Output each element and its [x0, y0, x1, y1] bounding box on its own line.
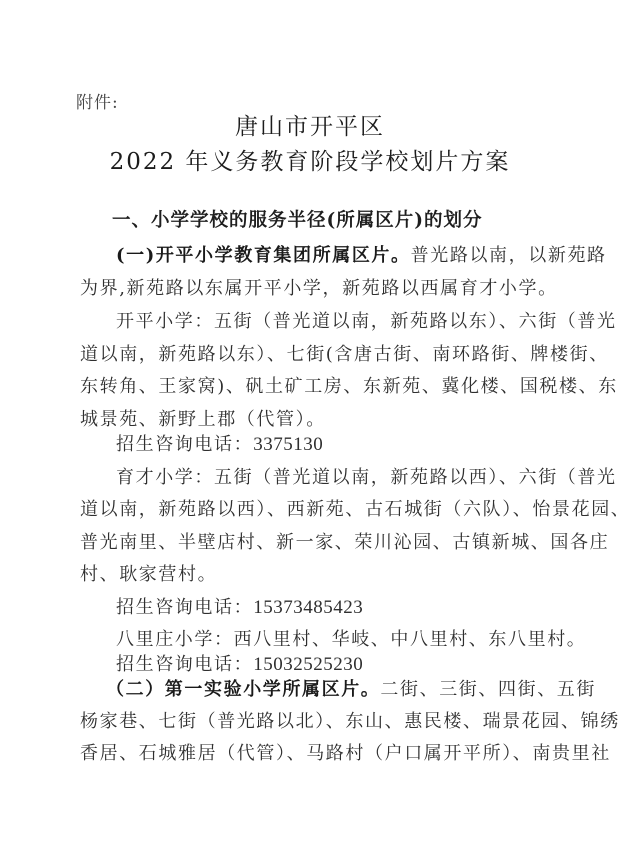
subsection-2-line-2: 杨家巷、七街（普光路以北）、东山、惠民楼、瑞景花园、锦绣 [80, 711, 550, 733]
school-yucai-line-1: 育才小学：五街（普光道以南，新苑路以西）、六街（普光 [116, 467, 550, 489]
school-yucai-line-4: 村、耿家营村。 [80, 564, 550, 586]
school-yucai-line-3: 普光南里、半壁店村、新一家、荣川沁园、古镇新城、国各庄 [80, 532, 550, 554]
school-yucai-phone: 招生咨询电话：15373485423 [116, 597, 550, 619]
phone-number: 15373485423 [253, 597, 363, 618]
subsection-1-heading: (一)开平小学教育集团所属区片。 [116, 245, 411, 266]
school-balizhuang-line-1: 八里庄小学：西八里村、华岐、中八里村、东八里村。 [116, 629, 550, 651]
phone-number: 15032525230 [253, 654, 363, 675]
school-yucai-line-2: 道以南，新苑路以西）、西新苑、古石城街（六队）、怡景花园、 [80, 499, 550, 521]
section-1-heading: 一、小学学校的服务半径(所属区片)的划分 [112, 210, 483, 232]
school-kaiping-name: 开平小学： [116, 311, 214, 332]
school-kaiping-line-2: 道以南，新苑路以东）、七街(含唐古街、南环路街、牌楼街、 [80, 344, 550, 366]
subsection-2-line-3: 香居、石城雅居（代管）、马路村（户口属开平所）、南贵里社 [80, 743, 550, 765]
subsection-1-intro-text: 普光路以南，以新苑路 [411, 245, 607, 266]
subsection-1-intro-line-2: 为界,新苑路以东属开平小学，新苑路以西属育才小学。 [80, 278, 550, 300]
school-kaiping-line-1: 开平小学：五街（普光道以南，新苑路以东）、六街（普光 [116, 311, 550, 333]
document-page: 附件: 唐山市开平区 2022 年义务教育阶段学校划片方案 一、小学学校的服务半… [0, 0, 620, 846]
school-balizhuang-name: 八里庄小学： [116, 629, 234, 650]
document-title-line-1: 唐山市开平区 [0, 112, 620, 142]
subsection-2-heading: （二）第一实验小学所属区片。 [106, 679, 380, 700]
school-balizhuang-phone: 招生咨询电话：15032525230 [116, 654, 550, 676]
phone-number: 3375130 [253, 434, 323, 455]
school-kaiping-phone: 招生咨询电话：3375130 [116, 434, 550, 456]
school-kaiping-line-4: 城景苑、新野上郡（代管）。 [80, 409, 550, 431]
document-title-line-2: 2022 年义务教育阶段学校划片方案 [0, 147, 620, 177]
school-yucai-name: 育才小学： [116, 467, 214, 488]
school-kaiping-line-3: 东转角、王家窝)、矾土矿工房、东新苑、冀化楼、国税楼、东 [80, 376, 550, 398]
attachment-label: 附件: [76, 88, 119, 113]
subsection-1-intro: (一)开平小学教育集团所属区片。普光路以南，以新苑路 [116, 245, 550, 267]
subsection-2-intro: （二）第一实验小学所属区片。二街、三街、四街、五街 [106, 679, 550, 701]
